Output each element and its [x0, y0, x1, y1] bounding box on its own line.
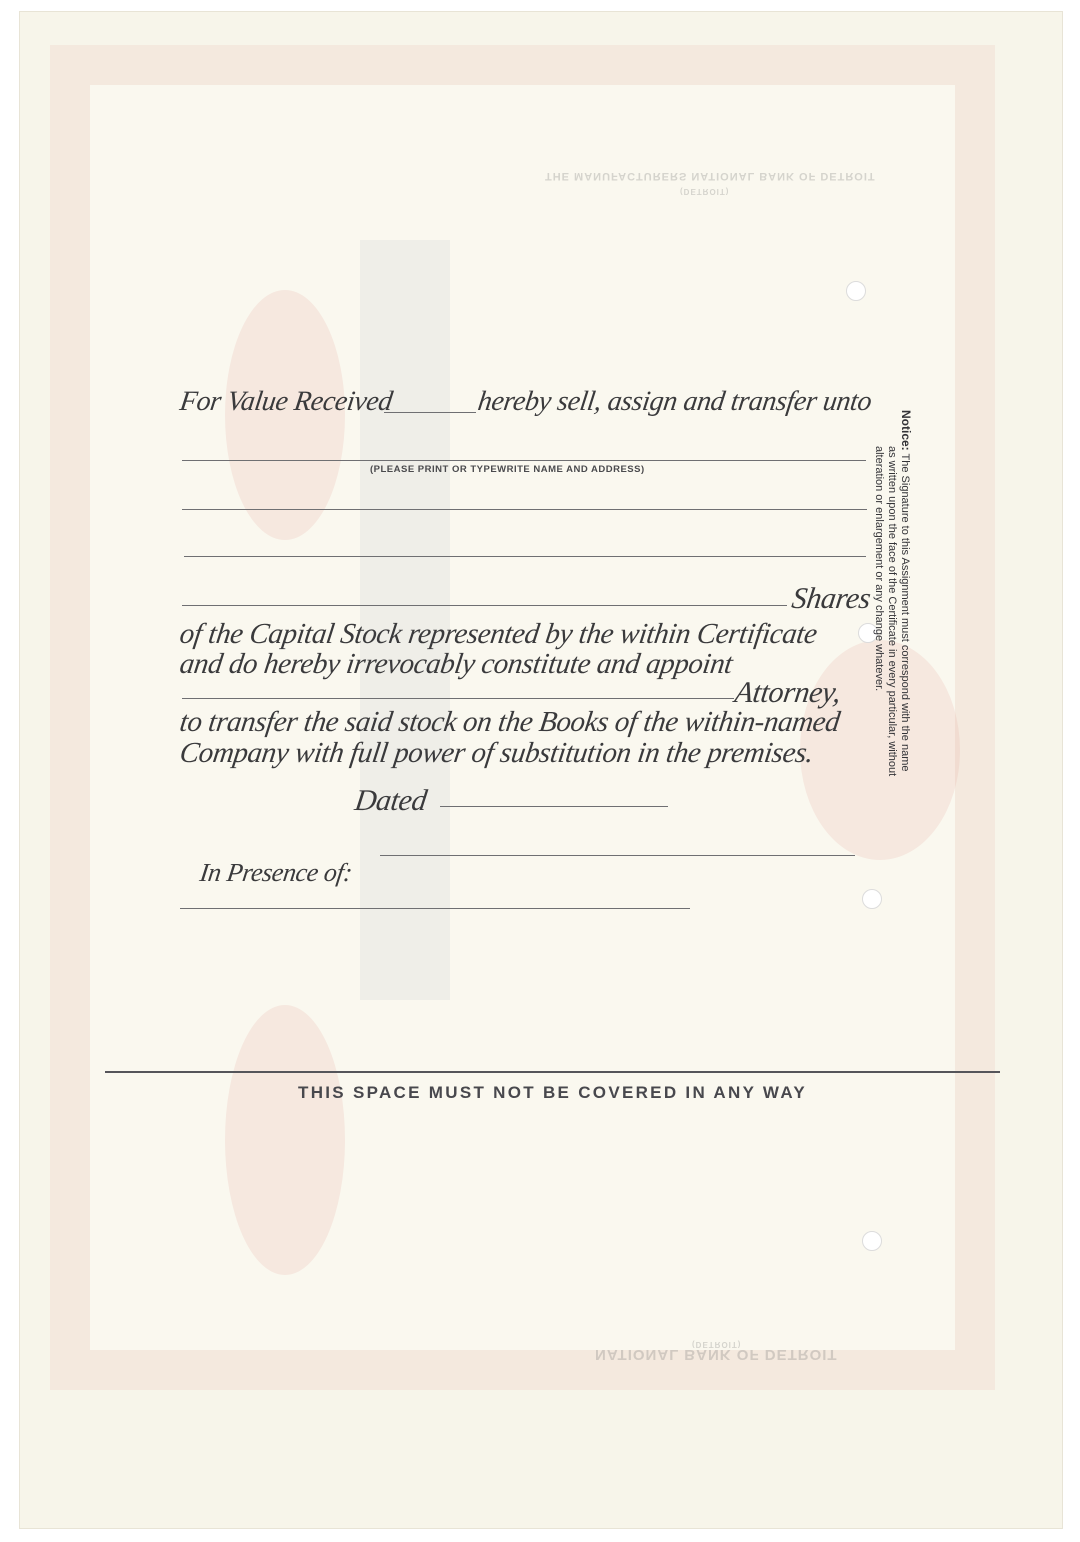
signature-notice: Notice: The Signature to this Assignment… — [852, 410, 912, 830]
notice-label: Notice: — [899, 410, 913, 451]
bleed-through-vignette-bottom — [225, 1005, 345, 1275]
assignee-address-line-1[interactable] — [182, 509, 867, 510]
value-blank-line[interactable] — [384, 412, 476, 413]
bleed-through-bank-name-top: THE MANUFACTURERS NATIONAL BANK OF DETRO… — [545, 170, 876, 182]
attorney-name-line[interactable] — [182, 698, 734, 699]
punch-hole — [846, 281, 866, 301]
dated-label: Dated — [353, 784, 429, 818]
bleed-through-city-top: (DETROIT) — [680, 187, 729, 196]
transfer-text-line-1: to transfer the said stock on the Books … — [178, 706, 842, 739]
in-presence-of-label: In Presence of: — [198, 858, 354, 888]
footer-divider — [105, 1071, 1000, 1073]
punch-hole — [862, 889, 882, 909]
hereby-sell-label: hereby sell, assign and transfer unto — [476, 386, 874, 418]
bleed-through-city-bottom: (DETROIT) — [692, 1340, 741, 1349]
notice-line-3: alteration or enlargement or any change … — [872, 410, 885, 830]
name-address-caption: (PLEASE PRINT OR TYPEWRITE NAME AND ADDR… — [370, 464, 645, 475]
assignee-name-line[interactable] — [182, 460, 866, 461]
shares-count-line[interactable] — [182, 605, 787, 606]
capital-stock-text: of the Capital Stock represented by the … — [178, 618, 819, 651]
attorney-label: Attorney, — [733, 676, 843, 710]
assignee-address-line-2[interactable] — [184, 556, 866, 557]
signature-line[interactable] — [380, 855, 855, 856]
witness-signature-line[interactable] — [180, 908, 690, 909]
notice-line-1: The Signature to this Assignment must co… — [899, 454, 911, 772]
appoint-text: and do hereby irrevocably constitute and… — [178, 648, 735, 681]
notice-line-2: as written upon the face of the Certific… — [885, 410, 898, 830]
for-value-received-label: For Value Received — [178, 386, 395, 418]
date-line[interactable] — [440, 806, 668, 807]
transfer-text-line-2: Company with full power of substitution … — [178, 737, 816, 770]
punch-hole — [862, 1231, 882, 1251]
do-not-cover-warning: THIS SPACE MUST NOT BE COVERED IN ANY WA… — [105, 1083, 1000, 1103]
